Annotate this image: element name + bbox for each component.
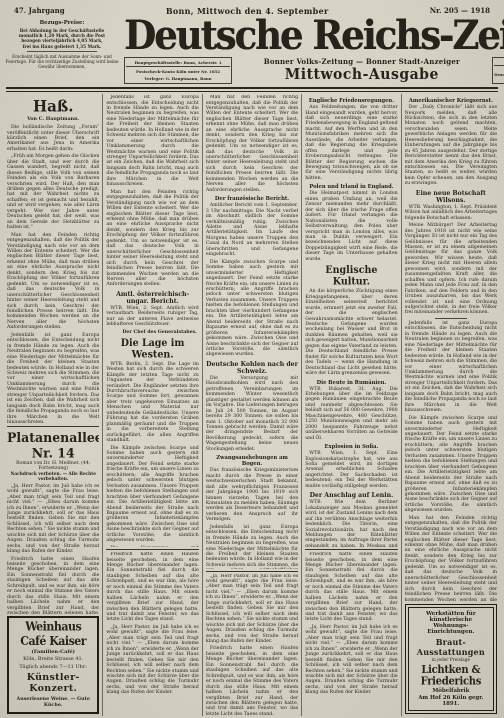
article-paragraph: Jedenfalls ist ganz Europa entschlossen,…	[206, 525, 298, 569]
contact-line: Fernsprecher Nr. 59 u. Nr. 60	[494, 59, 504, 66]
masthead: Bezugs-Preise: Bei Abholung in der Gesch…	[4, 17, 500, 84]
article-paragraph: Die Kämpfe zwischen Scarpe und Somme hab…	[106, 446, 198, 544]
article-paragraph: An die körperliche Züchtigung eines Krie…	[305, 289, 397, 376]
section-divider	[435, 318, 466, 319]
novel-paragraph: Friedrich hatte einen Haufen beiseite ge…	[106, 552, 198, 623]
article-byline: Von C. Hauptmann.	[7, 116, 99, 122]
subscription-line: frei ins Haus geliefert 1,35 Mark.	[4, 44, 120, 49]
ad-cafe-address: Köln, Breite Strasse 41.	[11, 656, 95, 662]
ad-moebel-line: Werkstätten für künstlerische	[411, 611, 491, 623]
ad-cafe-kaiser: Weinhaus Café Kaiser (Familien-Café) Köl…	[7, 616, 99, 714]
novel-paragraph: „Ja, Herr Pastor, im Juli habe ich es wo…	[106, 625, 198, 696]
article-title: Die Beute in Rumänien.	[305, 380, 397, 386]
article-paragraph: Die holländische Zeitung „Forum“ veröffe…	[7, 125, 99, 152]
ad-cafe-name: Weinhaus Café Kaiser	[11, 620, 95, 649]
article-paragraph: WTB. Wien, 2. Sept. Amtlich wird verlaut…	[106, 306, 198, 328]
novel-paragraph: „Ja, Herr Pastor, im Juli habe ich es wo…	[305, 625, 397, 696]
article-paragraph: WTB. Washington, 1. Sept. Präsident Wils…	[405, 205, 497, 221]
contact-line: Postscheck-Konto Köln unter Nr. 1852	[126, 69, 230, 74]
article-paragraph: Das französische Kriegsministerium macht…	[206, 468, 298, 523]
column-3: Man hat den Feinden richtig entgegenzuha…	[202, 94, 301, 716]
article-title: Explosion in Sofia.	[305, 444, 397, 450]
header-rule	[6, 87, 498, 92]
novel-paragraph: „Ja, Herr Pastor, im Juli habe ich es wo…	[7, 484, 99, 555]
edition-label: Mittwoch-Ausgabe	[235, 66, 489, 83]
column-5-articles: Amerikanischer Kriegsernst. Der „Daily C…	[405, 95, 497, 602]
article-paragraph: WTB. Wie dem Berliner Lokalanzeiger aus …	[305, 500, 397, 547]
article-paragraph: Die Versorgung mit Hausbrandkohlen wird …	[206, 376, 298, 452]
article-paragraph: Man hat den Feinden richtig entgegenzuha…	[405, 516, 497, 602]
article-columns: Haß. Von C. Hauptmann. Die holländische …	[4, 94, 500, 716]
feuilleton-continuation: Friedrich hatte einen Haufen beiseite ge…	[106, 552, 198, 715]
article-title: Zwangsaushebungen am Bogen.	[206, 455, 298, 467]
article-paragraph: WTB. Berlin, 2. Sept. Die Lage im Westen…	[106, 362, 198, 444]
subscription-line: bezogen vierteljährlich 4,05 Mark,	[4, 38, 120, 43]
article-paragraph: Die Versorgung mit Hausbrandkohlen wird …	[106, 546, 198, 547]
article-paragraph: Man hat den Feinden richtig entgegenzuha…	[206, 95, 298, 193]
article-title: Amerikanischer Kriegsernst.	[405, 98, 497, 104]
article-paragraph: Der „Daily Chronicle“ läßt sich aus Neuy…	[405, 105, 497, 187]
column-2-articles: Jedenfalls ist ganz Europa entschlossen,…	[106, 95, 198, 547]
article-paragraph: Jedenfalls ist ganz Europa entschlossen,…	[405, 321, 497, 414]
article-title: Der Anschlag auf Lenin.	[305, 492, 397, 499]
ad-moebel-address: Am Hof 26 Köln gegr. 1891.	[411, 695, 491, 707]
report-signature: Der Chef des Generalstabes.	[106, 330, 196, 335]
divider	[27, 51, 97, 52]
ad-moebel-headline: Braut-Ausstattungen	[411, 637, 491, 657]
article-title: Haß.	[7, 97, 99, 116]
article-paragraph: Jedenfalls ist ganz Europa entschlossen,…	[106, 95, 198, 188]
article-paragraph: Man hat den Feinden richtig entgegenzuha…	[7, 233, 99, 331]
feuilleton-rule	[7, 426, 99, 427]
masthead-title: Deutsche Reichs-Zeitung	[124, 15, 504, 56]
novel-paragraph: Friedrich hatte einen Haufen beiseite ge…	[7, 557, 99, 614]
contact-line: Druck u. Verlag der Deutschen Reichs-Zei…	[494, 72, 504, 82]
ad-moebel-sub: in jeder Preislage	[411, 658, 491, 663]
column-1: Haß. Von C. Hauptmann. Die holländische …	[4, 94, 102, 716]
novel-paragraph: „Ja, Herr Pastor, im Juli habe ich es wo…	[206, 574, 298, 645]
article-title: Die Lage im Westen.	[106, 337, 198, 360]
ad-moebel-firm: Lichtken & Friederichs	[411, 664, 491, 688]
newspaper-page: 47. Jahrgang Bonn, Mittwoch den 4. Septe…	[0, 0, 504, 718]
subscription-prices-block: Bezugs-Preise: Bei Abholung in der Gesch…	[4, 17, 120, 84]
article-paragraph: „Früh am Morgen gehen die Glocken über d…	[7, 154, 99, 230]
article-paragraph: Meine Mitbürger! Der Arbeitertag des Jah…	[405, 223, 497, 316]
article-title: Der französische Bericht.	[206, 196, 298, 202]
contact-line: Hauptgeschäftsstelle: Bonn, Acherstr. 1	[126, 60, 230, 67]
article-title: Englische Friedensregungen.	[305, 98, 397, 104]
ad-moebel-line: Wohnungs-Einrichtungen.	[411, 623, 491, 635]
contact-box-left: Hauptgeschäftsstelle: Bonn, Acherstr. 1 …	[124, 57, 232, 84]
novel-title: Platanenallee Nr. 14	[7, 429, 99, 461]
volume-label: 47. Jahrgang	[14, 6, 65, 15]
contact-line: Verleger: G. Hauptmann, Bonn	[126, 76, 230, 81]
ad-moebelfabrik: Werkstätten für künstlerische Wohnungs-E…	[405, 604, 497, 714]
article-paragraph: Amtlicher Bericht vom 1. September, 3 Uh…	[206, 203, 298, 258]
feuilleton-rule	[305, 549, 397, 550]
ad-cafe-foot: Auserlesene Weine. — Gute Küche.	[11, 696, 95, 708]
ad-cafe-sub: (Familien-Café)	[11, 649, 95, 655]
novel-paragraph: Friedrich hatte einen Haufen beiseite ge…	[305, 552, 397, 623]
novel-paragraph: Friedrich hatte einen Haufen beiseite ge…	[206, 646, 298, 715]
column-4: Englische Friedensregungen. Aus Feldzeit…	[301, 94, 400, 716]
article-paragraph: WTB. Bukarest, 31. Aug. Die Erhebungen ü…	[305, 387, 397, 442]
feuilleton-rule	[106, 549, 198, 550]
subscription-prices-heading: Bezugs-Preise:	[4, 20, 120, 27]
article-title: Englische Kultur.	[305, 265, 397, 288]
feuilleton-rule	[206, 571, 298, 572]
masthead-center: Deutsche Reichs-Zeitung Hauptgeschäftsst…	[124, 17, 504, 84]
article-hass: Haß. Von C. Hauptmann. Die holländische …	[7, 95, 99, 424]
feuilleton-continuation: Friedrich hatte einen Haufen beiseite ge…	[305, 552, 397, 715]
feuilleton-continuation: „Ja, Herr Pastor, im Juli habe ich es wo…	[206, 574, 298, 715]
column-5: Amerikanischer Kriegsernst. Der „Daily C…	[401, 94, 500, 716]
article-paragraph: Die Kämpfe zwischen Scarpe und Somme hab…	[405, 416, 497, 514]
article-paragraph: Die Kämpfe zwischen Scarpe und Somme hab…	[206, 260, 298, 358]
column-2: Jedenfalls ist ganz Europa entschlossen,…	[102, 94, 201, 716]
novel-copyright-note: Nachdruck verboten. — Alle Rechte vorbeh…	[7, 472, 99, 482]
article-title: Deutsche Kohlen nach der Schweiz.	[206, 361, 298, 375]
ad-moebel-type: Möbelfabrik	[411, 688, 491, 694]
ad-cafe-event: Künstler-Konzert.	[11, 672, 95, 694]
article-paragraph: WTB. Wien, 1. Sept. Eine Explosionskatas…	[305, 451, 397, 489]
article-title: Amtl. österreichisch-ungar. Bericht.	[106, 291, 198, 305]
article-title: Eine neue Botschaft Wilsons.	[405, 190, 497, 204]
column-3-articles: Man hat den Feinden richtig entgegenzuha…	[206, 95, 298, 569]
article-paragraph: Man hat den Feinden richtig entgegenzuha…	[106, 190, 198, 288]
ad-cafe-time: Täglich abends 7—11 Uhr:	[11, 664, 95, 670]
novel-byline: Roman von Dr. H. Meißner. (44. Fortsetzu…	[7, 461, 99, 471]
article-title: Polen und Irland in England.	[305, 184, 397, 190]
article-paragraph: Aus Feldzeitungen, die von dritter Hand …	[305, 105, 397, 181]
column-4-articles: Englische Friedensregungen. Aus Feldzeit…	[305, 95, 397, 547]
masthead-subtitle-block: Bonner Volks-Zeitung — Bonner Stadt-Anze…	[235, 57, 489, 84]
feuilleton-section: Platanenallee Nr. 14 Roman von Dr. H. Me…	[7, 429, 99, 614]
subscription-note: Erscheint täglich mit Ausnahme der Sonn-…	[4, 54, 120, 70]
contact-box-right: Fernsprecher Nr. 59 u. Nr. 60 Drahtansch…	[492, 57, 504, 84]
article-paragraph: Die Heimatpost nimmt in London einen gro…	[305, 191, 397, 262]
article-paragraph: Jedenfalls ist ganz Europa entschlossen,…	[7, 333, 99, 424]
